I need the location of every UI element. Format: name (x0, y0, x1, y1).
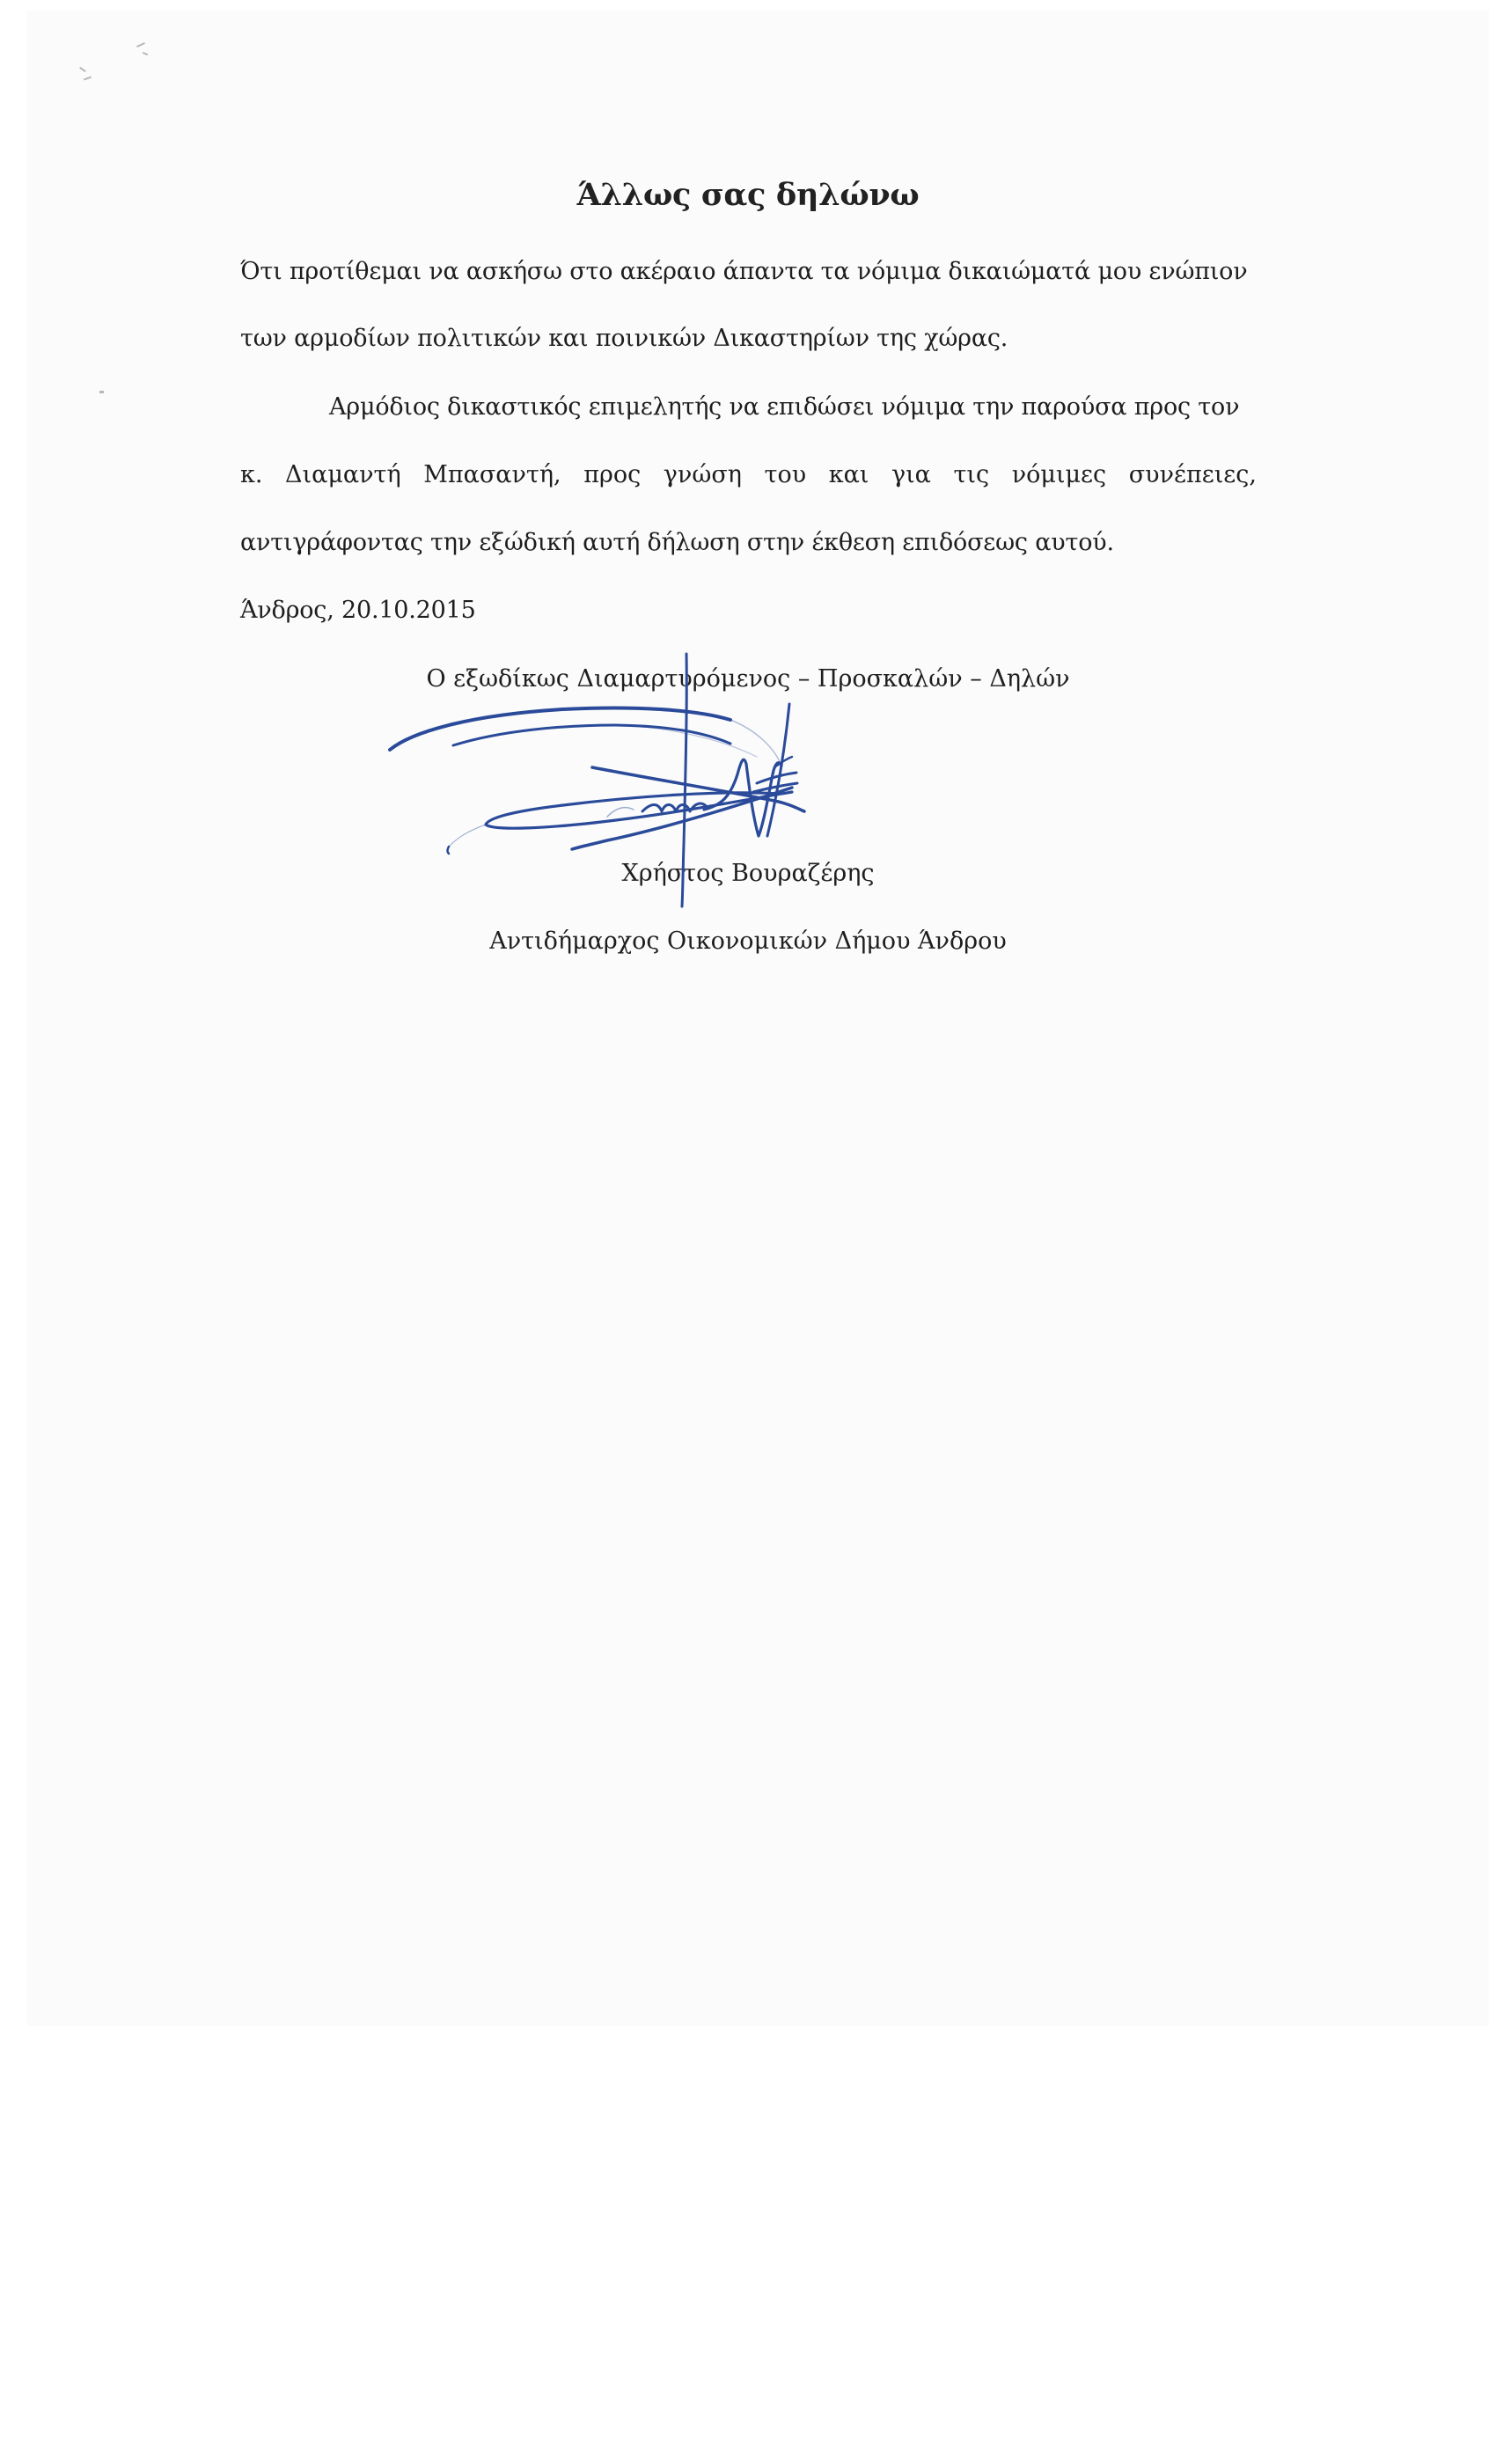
scan-speck (99, 391, 104, 393)
document-page: Άλλως σας δηλώνω Ότι προτίθεμαι να ασκήσ… (0, 0, 1496, 2464)
document-title: Άλλως σας δηλώνω (0, 176, 1496, 215)
scan-speck (79, 67, 86, 72)
paragraph-2-line-1: Αρμόδιος δικαστικός επιμελητής να επιδώσ… (329, 392, 1239, 422)
paragraph-1-line-2: των αρμοδίων πολιτικών και ποινικών Δικα… (240, 324, 1008, 354)
signature-role-line: Ο εξωδίκως Διαμαρτυρόμενος – Προσκαλών –… (0, 664, 1496, 694)
paragraph-2-line-2: κ. Διαμαντή Μπασαντή, προς γνώση του και… (240, 460, 1257, 490)
paragraph-2-line-3: αντιγράφοντας την εξώδική αυτή δήλωση στ… (240, 528, 1114, 558)
scan-speck (136, 42, 145, 48)
signatory-name: Χρήστος Βουραζέρης (0, 859, 1496, 889)
scan-speck (84, 77, 92, 81)
paragraph-1-line-1: Ότι προτίθεμαι να ασκήσω στο ακέραιο άπα… (240, 257, 1247, 287)
scan-speck (143, 52, 148, 55)
place-date: Άνδρος, 20.10.2015 (240, 596, 476, 626)
signatory-position: Αντιδήμαρχος Οικονομικών Δήμου Άνδρου (0, 927, 1496, 957)
